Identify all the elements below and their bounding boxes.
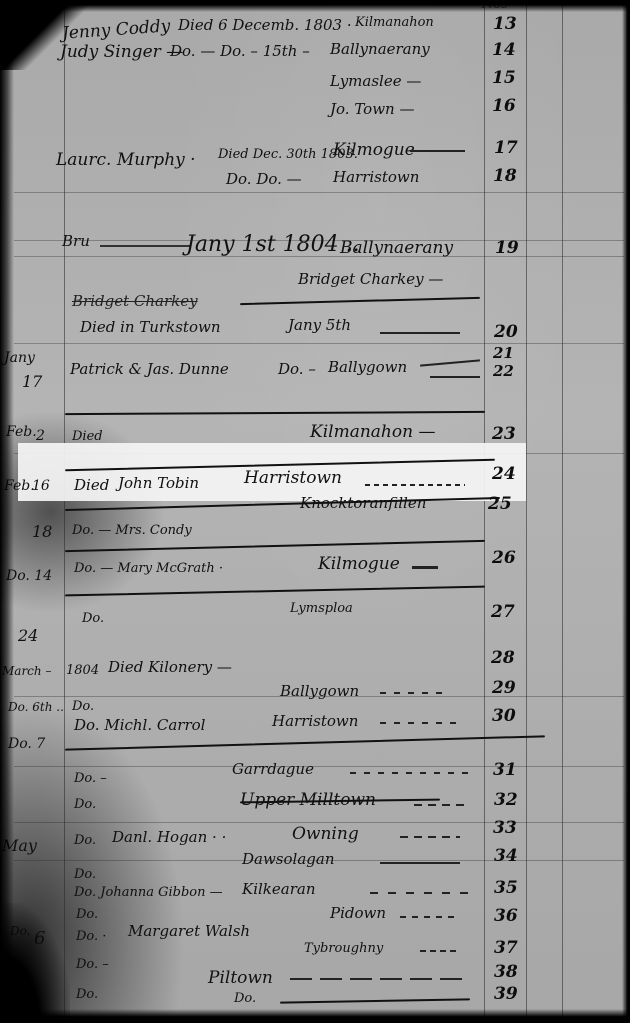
ink-rule (65, 540, 485, 552)
entry-30-place: Harristown (272, 714, 358, 729)
page-corner-shadow (0, 0, 90, 70)
ink-dots (400, 836, 460, 838)
entry-28-text: Died Kilonery — (108, 660, 232, 675)
entry-14-place: Ballynaerany (330, 42, 430, 57)
entry-32-text: Do. (74, 798, 96, 811)
entry-number: 35 (494, 878, 518, 898)
ink-dash (380, 862, 460, 864)
entry-39-text: Do. (76, 988, 98, 1001)
ink-underline (240, 297, 480, 305)
entry-number: 38 (494, 962, 518, 982)
margin-date: 16 (32, 478, 50, 494)
entry-number: 25 (488, 494, 512, 514)
entry-number: 14 (492, 40, 516, 60)
margin-date: 18 (32, 522, 52, 541)
margin-date: 2 (36, 428, 45, 444)
number-column-rule-left (484, 0, 485, 1023)
entry-26-place: Kilmogue (318, 556, 400, 573)
entry-19-date: Jany 1st 1804 .. (186, 234, 360, 256)
margin-date: Do. 6th .. (8, 700, 64, 714)
ink-rule (65, 735, 545, 750)
ink-dots (370, 892, 470, 894)
entry-17-name: Laurc. Murphy · (56, 152, 196, 169)
entry-36-text: Do. (76, 908, 98, 921)
entry-15-place: Lymaslee — (330, 74, 421, 89)
number-column-rule-right (526, 0, 527, 1023)
entry-19-place: Ballynaerany (340, 240, 453, 257)
entry-number: 34 (494, 846, 518, 866)
entry-number: 26 (492, 548, 516, 568)
bridget-charkey-name: Bridget Charkey — (298, 272, 443, 287)
extra-column-rule (562, 0, 563, 1023)
ledger-line (14, 343, 624, 344)
ledger-line (14, 766, 624, 767)
entry-23-text: Died (72, 430, 103, 443)
entry-number: 39 (494, 984, 518, 1004)
entry-29-place: Ballygown (280, 684, 359, 699)
ink-dots (400, 916, 460, 918)
ink-dash (420, 359, 480, 366)
entry-34-place: Dawsolagan (242, 852, 334, 867)
ink-dash (380, 332, 460, 334)
entry-29-text: Do. (72, 700, 94, 713)
entry-number: 27 (491, 602, 515, 622)
entry-37-place: Tybroughny (304, 942, 383, 955)
entry-21-names: Patrick & Jas. Dunne (70, 362, 229, 377)
entry-number: 31 (493, 760, 517, 780)
entry-23-place: Kilmanahon — (310, 424, 435, 441)
ink-dots (414, 804, 470, 806)
entry-number: 36 (494, 906, 518, 926)
entry-37-text: Do. · (76, 930, 106, 943)
entry-number: 20 (494, 322, 518, 342)
entry-31-text: Do. – (74, 772, 107, 785)
entry-number: 16 (492, 96, 516, 116)
ink-dots (380, 692, 450, 694)
entry-32-place: Upper Milltown (240, 792, 376, 809)
entry-37-name: Margaret Walsh (128, 924, 250, 939)
ledger-line (14, 192, 624, 193)
ink-rule (65, 411, 485, 415)
entry-34-text: Do. (74, 868, 96, 881)
entry-33-place: Owning (292, 826, 359, 843)
margin-date: 17 (22, 372, 42, 391)
entry-27-text: Do. (82, 612, 104, 625)
ink-dash (100, 245, 190, 247)
entry-38-text: Do. – (76, 958, 109, 971)
entry-39-place: Do. (234, 992, 256, 1005)
entry-21-ditto: Do. – (278, 362, 316, 377)
entry-24-name: John Tobin (118, 476, 199, 491)
entry-19-prefix: Bru (62, 234, 90, 249)
entry-number: 28 (491, 648, 515, 668)
entry-24-place: Harristown (244, 470, 342, 487)
entry-17-place: Kilmogue (333, 142, 415, 159)
entry-13-place: Kilmanahon (355, 16, 434, 29)
entry-number: 15 (492, 68, 516, 88)
entry-30-text: Do. Michl. Carrol (74, 718, 205, 733)
ink-dots (420, 950, 460, 952)
entry-14-date: Do. — Do. – 15th – (170, 44, 310, 59)
entry-31-place: Garrdague (232, 762, 314, 777)
ink-rule (280, 998, 470, 1003)
entry-36-place: Pidown (330, 906, 386, 921)
entry-number: 33 (493, 818, 517, 838)
entry-25-text: Do. — Mrs. Condy (72, 524, 192, 537)
entry-number: 17 (494, 138, 518, 158)
entry-38-place: Piltown (208, 970, 273, 987)
ink-rule (65, 586, 485, 597)
page-edge-right (622, 0, 630, 1023)
entry-27-place: Lymsploa (290, 602, 353, 615)
entry-20-date: Jany 5th (288, 318, 351, 333)
entry-number: 13 (493, 14, 517, 34)
ink-dots (350, 772, 470, 774)
entry-20-text: Died in Turkstown (80, 320, 220, 335)
entry-35-place: Kilkearan (242, 882, 315, 897)
entry-35-text: Do. Johanna Gibbon — (74, 886, 223, 899)
entry-16-place: Jo. Town — (330, 102, 414, 117)
register-page: Nos Jenny Coddy Died 6 Decemb. 1803 · Ki… (0, 0, 630, 1023)
entry-28-year: 1804 (66, 664, 99, 677)
margin-date: 24 (18, 626, 38, 645)
entry-18-place: Harristown (333, 170, 419, 185)
entry-number: 29 (492, 678, 516, 698)
ink-dots (365, 484, 465, 486)
ink-dash (430, 376, 480, 378)
entry-number: 19 (495, 238, 519, 258)
entry-number: 32 (494, 790, 518, 810)
entry-number: 37 (494, 938, 518, 958)
page-edge-top (0, 0, 630, 12)
entry-number: 30 (492, 706, 516, 726)
page-edge-bottom (0, 1009, 630, 1023)
ink-dots (380, 722, 460, 724)
entry-number: 23 (492, 424, 516, 444)
page-edge-left (0, 0, 14, 1023)
entry-13-date: Died 6 Decemb. 1803 · (178, 18, 352, 33)
entry-number: 24 (492, 464, 516, 484)
entry-24-status: Died (74, 478, 109, 493)
entry-33-name: Danl. Hogan · · (112, 830, 226, 845)
bridget-charkey-struck: Bridget Charkey (72, 294, 198, 309)
ink-dash (290, 978, 470, 980)
entry-21-place: Ballygown (328, 360, 407, 375)
entry-18-ditto: Do. Do. — (226, 172, 302, 187)
entry-25-place: Knocktoranfillen (300, 496, 426, 511)
ink-dash (412, 566, 438, 569)
page-corner-shadow (0, 903, 70, 1023)
entry-number: 21 (493, 344, 514, 362)
entry-33-text: Do. (74, 834, 96, 847)
entry-number: 18 (493, 166, 517, 186)
ledger-line (14, 822, 624, 823)
entry-number: 22 (493, 362, 514, 380)
ink-dash (410, 150, 465, 152)
entry-26-text: Do. — Mary McGrath · (74, 562, 223, 575)
